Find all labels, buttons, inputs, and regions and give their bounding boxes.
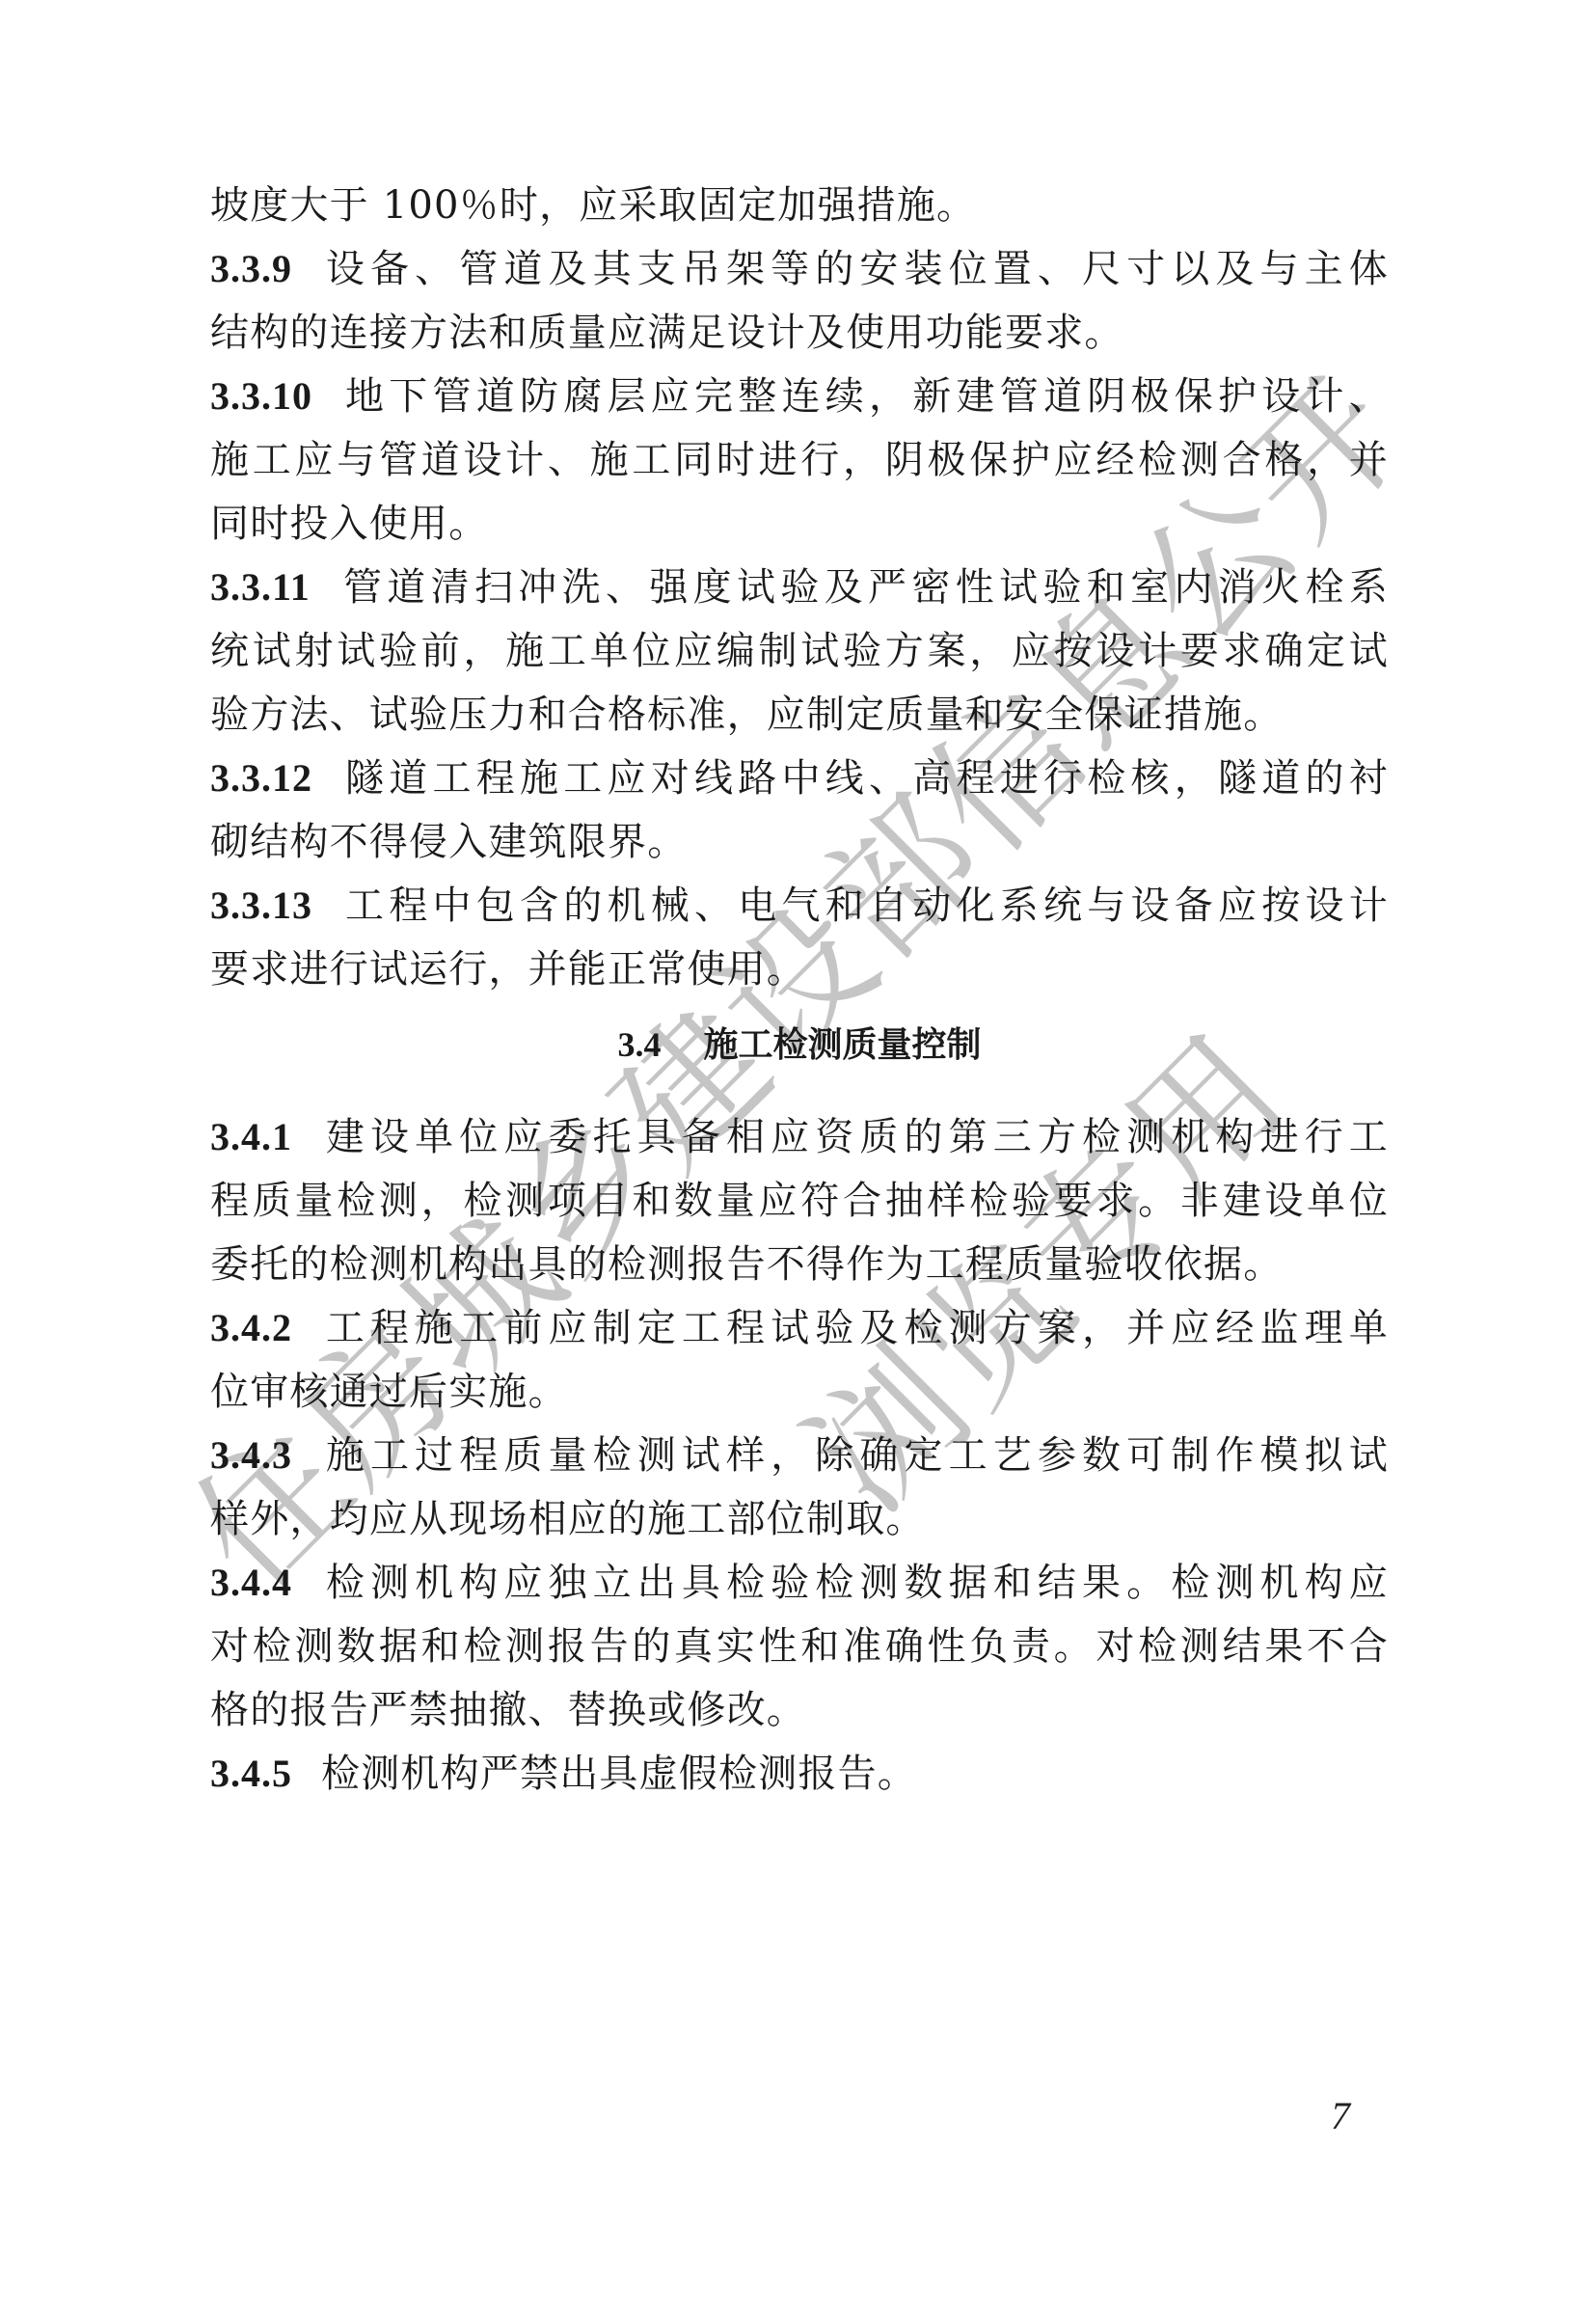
clause-line: 要求进行试运行，并能正常使用。 — [210, 938, 1389, 1001]
clause-text: 验方法、试验压力和合格标准，应制定质量和安全保证措施。 — [210, 693, 1283, 737]
clause-number: 3.4.4 — [210, 1551, 292, 1615]
clause-line-start: 3.4.4检测机构应独立出具检验检测数据和结果。检测机构应 — [210, 1551, 1389, 1615]
clause-text: 样外，均应从现场相应的施工部位制取。 — [210, 1497, 926, 1541]
clause-text: 统试射试验前，施工单位应编制试验方案，应按设计要求确定试 — [210, 629, 1389, 673]
clause-line-start: 3.3.13工程中包含的机械、电气和自动化系统与设备应按设计 — [210, 874, 1389, 938]
clause-line-start: 3.4.5检测机构严禁出具虚假检测报告。 — [210, 1742, 1389, 1806]
clause-text: 地下管道防腐层应完整连续，新建管道阴极保护设计、 — [341, 374, 1389, 419]
clause-text: 结构的连接方法和质量应满足设计及使用功能要求。 — [210, 311, 1124, 355]
clause-text: 要求进行试运行，并能正常使用。 — [210, 947, 806, 992]
clause-line: 样外，均应从现场相应的施工部位制取。 — [210, 1487, 1389, 1551]
clause-text: 工程中包含的机械、电气和自动化系统与设备应按设计 — [341, 884, 1389, 928]
clause-number: 3.3.11 — [210, 556, 311, 619]
clause-line: 结构的连接方法和质量应满足设计及使用功能要求。 — [210, 301, 1389, 365]
section-heading: 3.4施工检测质量控制 — [210, 1013, 1389, 1076]
page-number: 7 — [1331, 2093, 1350, 2138]
clause-text: 委托的检测机构出具的检测报告不得作为工程质量验收依据。 — [210, 1242, 1283, 1287]
clause-line-start: 3.3.9设备、管道及其支吊架等的安装位置、尺寸以及与主体 — [210, 237, 1389, 301]
clause-number: 3.4.3 — [210, 1424, 292, 1487]
clause-line: 位审核通过后实施。 — [210, 1360, 1389, 1424]
clause-line-start: 3.3.11管道清扫冲洗、强度试验及严密性试验和室内消火栓系 — [210, 556, 1389, 619]
clause-number: 3.4.2 — [210, 1296, 292, 1360]
clause-text: 施工过程质量检测试样，除确定工艺参数可制作模拟试 — [321, 1433, 1389, 1478]
clause-text: 施工应与管道设计、施工同时进行，阴极保护应经检测合格，并 — [210, 438, 1389, 482]
clause-line: 格的报告严禁抽撤、替换或修改。 — [210, 1678, 1389, 1742]
clause-line: 委托的检测机构出具的检测报告不得作为工程质量验收依据。 — [210, 1233, 1389, 1296]
clause-line: 同时投入使用。 — [210, 492, 1389, 556]
clause-line: 施工应与管道设计、施工同时进行，阴极保护应经检测合格，并 — [210, 428, 1389, 492]
clause-number: 3.4.5 — [210, 1742, 292, 1806]
clause-text: 工程施工前应制定工程试验及检测方案，并应经监理单 — [321, 1306, 1389, 1350]
clause-number: 3.3.12 — [210, 747, 312, 810]
clause-line-start: 3.4.3施工过程质量检测试样，除确定工艺参数可制作模拟试 — [210, 1424, 1389, 1487]
clause-line-start: 3.4.2工程施工前应制定工程试验及检测方案，并应经监理单 — [210, 1296, 1389, 1360]
clauses-3-4: 3.4.1建设单位应委托具备相应资质的第三方检测机构进行工程质量检测，检测项目和… — [210, 1105, 1389, 1806]
clauses-3-3: 坡度大于 100％时，应采取固定加强措施。3.3.9设备、管道及其支吊架等的安装… — [210, 174, 1389, 1001]
clause-line: 坡度大于 100％时，应采取固定加强措施。 — [210, 174, 1389, 237]
clause-text: 建设单位应委托具备相应资质的第三方检测机构进行工 — [321, 1115, 1389, 1159]
clause-line-start: 3.4.1建设单位应委托具备相应资质的第三方检测机构进行工 — [210, 1105, 1389, 1169]
clause-text: 同时投入使用。 — [210, 502, 488, 546]
clause-number: 3.4.1 — [210, 1105, 292, 1169]
clause-text: 砌结构不得侵入建筑限界。 — [210, 820, 687, 864]
page-content: 坡度大于 100％时，应采取固定加强措施。3.3.9设备、管道及其支吊架等的安装… — [210, 174, 1389, 1806]
clause-line: 对检测数据和检测报告的真实性和准确性负责。对检测结果不合 — [210, 1615, 1389, 1678]
clause-text: 对检测数据和检测报告的真实性和准确性负责。对检测结果不合 — [210, 1624, 1389, 1669]
clause-text: 格的报告严禁抽撤、替换或修改。 — [210, 1688, 806, 1732]
section-title: 施工检测质量控制 — [703, 1025, 981, 1065]
clause-text: 检测机构应独立出具检验检测数据和结果。检测机构应 — [321, 1561, 1389, 1605]
clause-line: 砌结构不得侵入建筑限界。 — [210, 810, 1389, 874]
document-page: 住房城乡建设部信息公开 浏览专用 坡度大于 100％时，应采取固定加强措施。3.… — [0, 0, 1596, 2311]
clause-line: 程质量检测，检测项目和数量应符合抽样检验要求。非建设单位 — [210, 1169, 1389, 1233]
clause-line: 统试射试验前，施工单位应编制试验方案，应按设计要求确定试 — [210, 619, 1389, 683]
clause-text: 位审核通过后实施。 — [210, 1370, 568, 1414]
clause-number: 3.3.9 — [210, 237, 292, 301]
section-number: 3.4 — [617, 1025, 661, 1064]
clause-text: 管道清扫冲洗、强度试验及严密性试验和室内消火栓系 — [339, 565, 1389, 610]
clause-line-start: 3.3.10地下管道防腐层应完整连续，新建管道阴极保护设计、 — [210, 365, 1389, 428]
clause-text: 隧道工程施工应对线路中线、高程进行检核，隧道的衬 — [341, 756, 1389, 801]
clause-text: 检测机构严禁出具虚假检测报告。 — [321, 1752, 917, 1796]
clause-text: 坡度大于 100％时，应采取固定加强措施。 — [210, 183, 976, 228]
clause-number: 3.3.13 — [210, 874, 312, 938]
clause-number: 3.3.10 — [210, 365, 312, 428]
clause-text: 设备、管道及其支吊架等的安装位置、尺寸以及与主体 — [321, 247, 1389, 291]
clause-line: 验方法、试验压力和合格标准，应制定质量和安全保证措施。 — [210, 683, 1389, 747]
clause-line-start: 3.3.12隧道工程施工应对线路中线、高程进行检核，隧道的衬 — [210, 747, 1389, 810]
clause-text: 程质量检测，检测项目和数量应符合抽样检验要求。非建设单位 — [210, 1179, 1389, 1223]
